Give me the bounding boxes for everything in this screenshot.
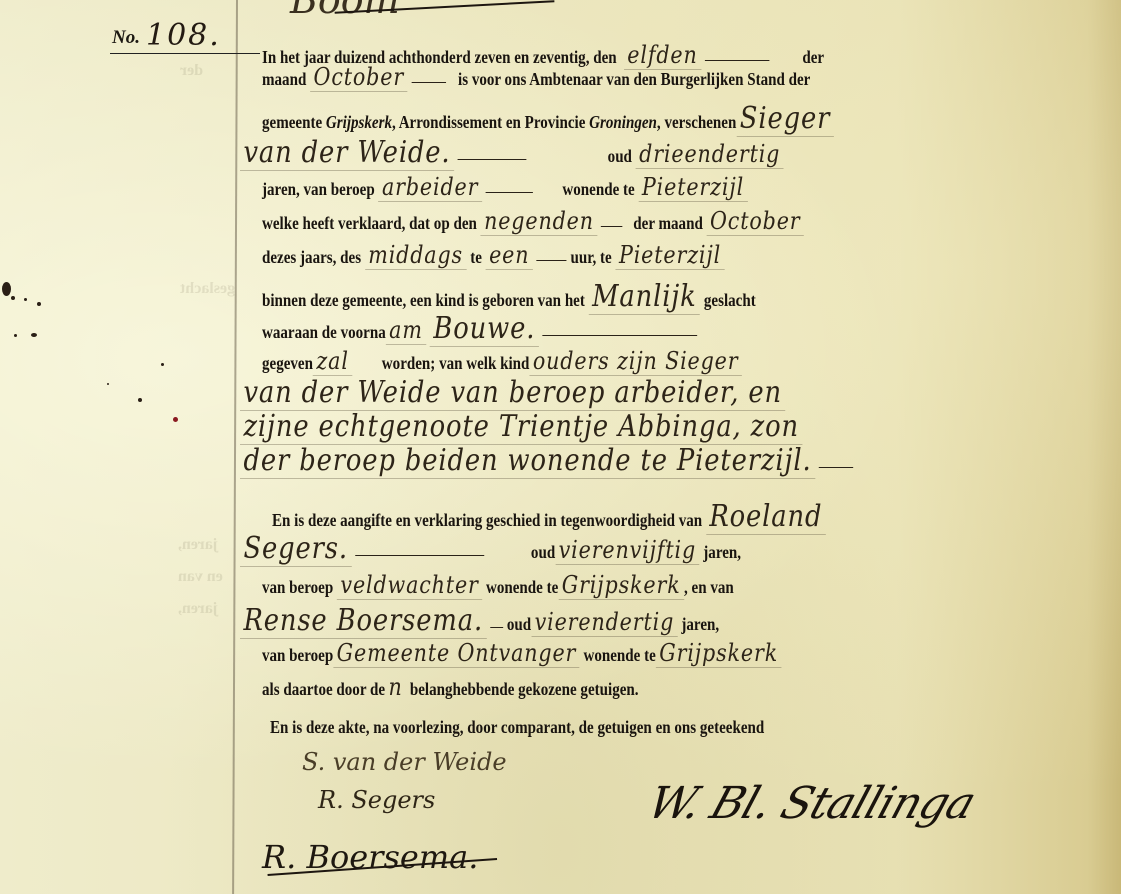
line-12: zijne echtgenoote Trientje Abbinga, zon <box>240 416 802 441</box>
municipality: Grijpskerk <box>326 112 392 132</box>
line-3: gemeente Grijpskerk, Arrondissement en P… <box>262 108 834 133</box>
handwritten-witness-2-occupation: Gemeente Ontvanger <box>333 639 579 668</box>
line-7: dezes jaars, des middags te een uur, te … <box>262 244 725 268</box>
signature-declarant: S. van der Weide <box>302 748 507 776</box>
handwritten-witness-2-residence: Grijpskerk <box>656 639 782 668</box>
red-ink-mark <box>173 417 178 422</box>
line-11: van der Weide van beroep arbeider, en <box>240 382 785 407</box>
handwritten-parents-3: zijne echtgenoote Trientje Abbinga, zon <box>240 409 802 445</box>
line-2: maand October is voor ons Ambtenaar van … <box>262 66 810 90</box>
handwritten-parents-1: ouders zijn Sieger <box>529 347 742 376</box>
handwritten-birth-place: Pieterzijl <box>616 241 725 270</box>
line-18: van beroepGemeente Ontvanger wonende teG… <box>262 642 782 666</box>
handwritten-witness-1-last: Segers. <box>240 531 351 567</box>
signature-witness-1: R. Segers <box>318 786 435 814</box>
line-14: En is deze aangifte en verklaring geschi… <box>272 506 826 531</box>
handwritten-declarant-first: Sieger <box>736 101 833 137</box>
line-9: waaraan de voornaam Bouwe. <box>262 318 697 343</box>
handwritten-witness-1-age: vierenvijftig <box>555 536 699 565</box>
ghost-text: jaren, <box>178 600 218 618</box>
signature-official: W. Bl. Stallinga <box>642 778 981 829</box>
number-value: 108. <box>146 18 221 53</box>
ghost-text: en van <box>178 568 223 586</box>
handwritten-parents-2: van der Weide van beroep arbeider, en <box>240 375 785 411</box>
handwritten-witness-1-residence: Grijpskerk <box>558 571 684 600</box>
line-8: binnen deze gemeente, een kind is gebore… <box>262 286 756 311</box>
handwritten-child-name: Bouwe. <box>430 311 539 347</box>
line-20: En is deze akte, na voorlezing, door com… <box>270 716 764 738</box>
handwritten-declarant-last: van der Weide. <box>240 135 454 171</box>
line-16: van beroep veldwachter wonende teGrijpsk… <box>262 574 734 598</box>
handwritten-sex: Manlijk <box>589 279 700 315</box>
number-label: No. <box>112 27 140 49</box>
line-13: der beroep beiden wonende te Pieterzijl. <box>240 450 853 475</box>
line-5: jaren, van beroep arbeider wonende te Pi… <box>262 176 748 200</box>
line-6: welke heeft verklaard, dat op den negend… <box>262 210 804 234</box>
handwritten-witness-2-age: vierendertig <box>531 608 677 637</box>
line-4: van der Weide. oud drieendertig <box>240 142 784 167</box>
handwritten-birth-day: negenden <box>481 207 598 236</box>
ghost-text: jaren, <box>178 536 218 554</box>
handwritten-witness-1-occupation: veldwachter <box>337 571 482 600</box>
line-17: Rense Boersema. oudvierendertig jaren, <box>240 610 719 635</box>
handwritten-birth-month: October <box>707 207 804 236</box>
line-15: Segers. oudvierenvijftig jaren, <box>240 538 741 563</box>
handwritten-witness-1-first: Roeland <box>706 499 826 535</box>
province: Groningen <box>589 112 657 132</box>
certificate-number: No. 108. <box>110 26 260 54</box>
ghost-text: der <box>180 62 203 80</box>
handwritten-declarant-age: drieendertig <box>636 140 784 169</box>
line-10: gegevenzal worden; van welk kindouders z… <box>262 350 742 374</box>
line-19: als daartoe door den belanghebbende geko… <box>262 676 639 700</box>
ghost-text: geslacht <box>180 280 235 298</box>
handwritten-month: October <box>310 63 407 92</box>
handwritten-witness-2-name: Rense Boersema. <box>240 603 486 639</box>
handwritten-residence: Pieterzijl <box>638 173 747 202</box>
handwritten-parents-4: der beroep beiden wonende te Pieterzijl. <box>240 443 815 479</box>
handwritten-occupation: arbeider <box>379 173 482 202</box>
handwritten-hour: een <box>486 241 533 270</box>
handwritten-time-of-day: middags <box>365 241 467 270</box>
